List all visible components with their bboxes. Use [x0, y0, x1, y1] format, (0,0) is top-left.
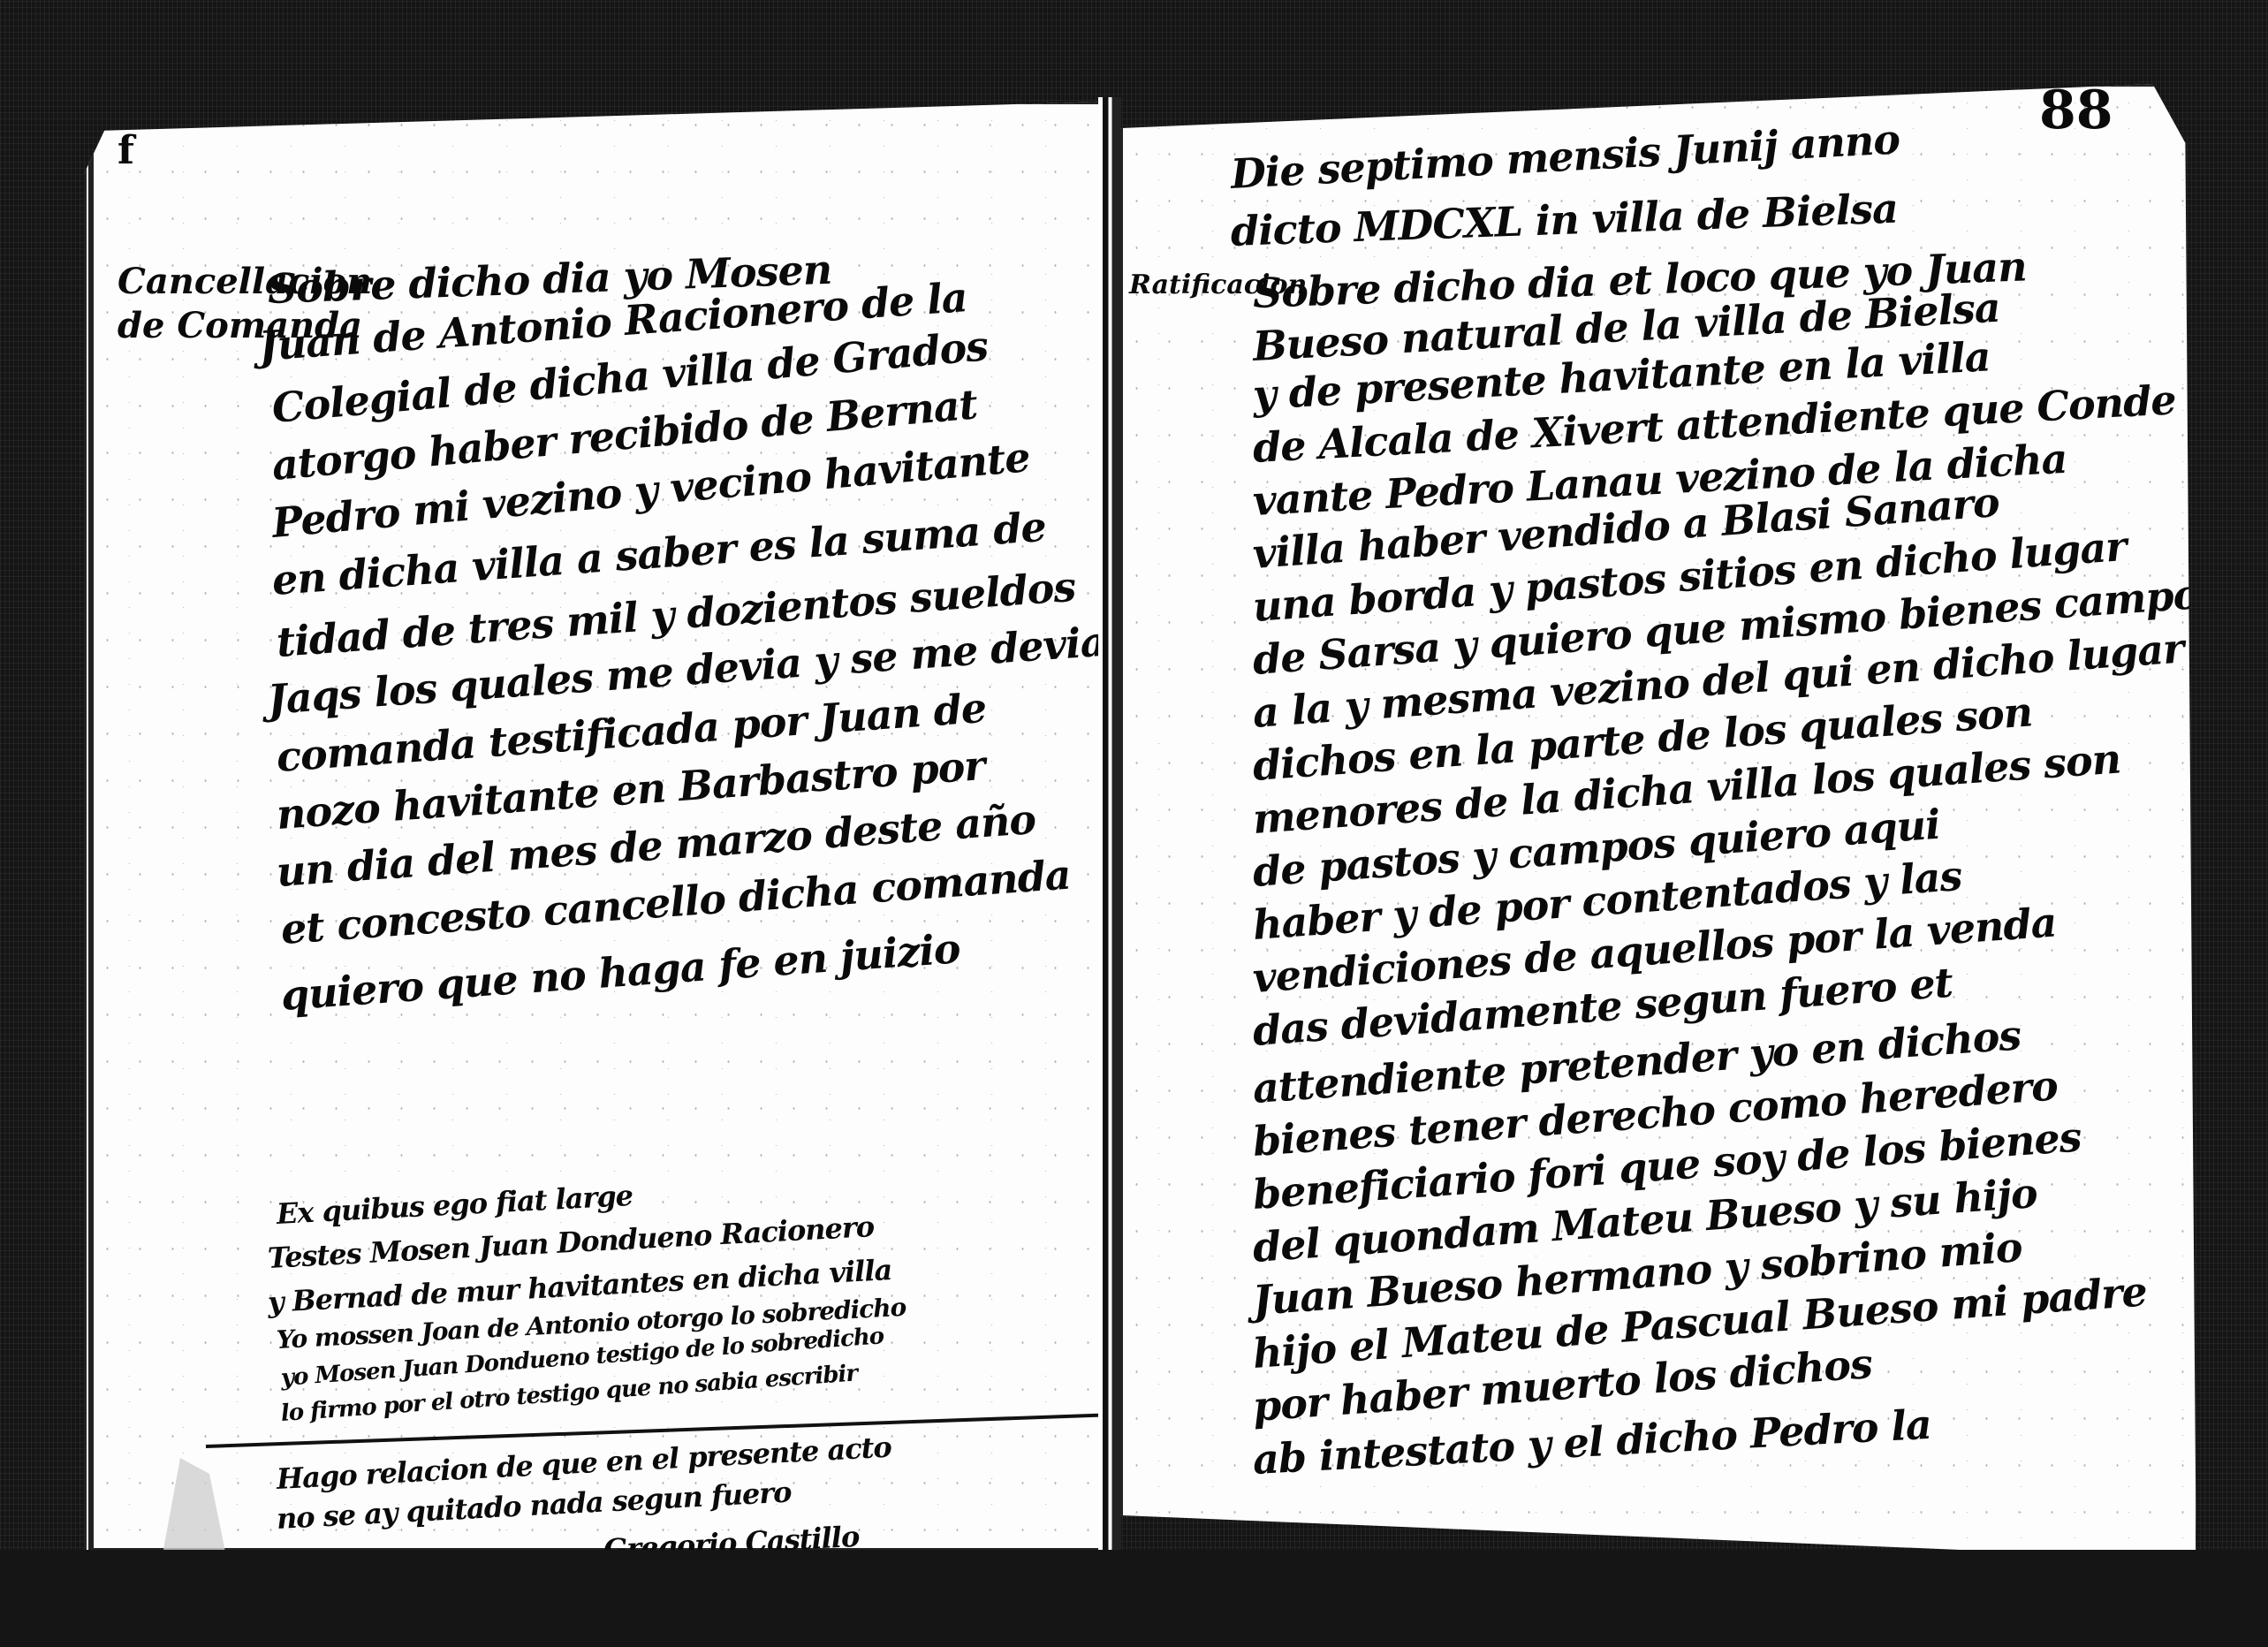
- witness-line: Ex quibus ego fiat large: [276, 1179, 633, 1231]
- folio-number: 88: [2039, 80, 2113, 141]
- left-page: f Cancellacion de Comanda Sobre dicho di…: [84, 102, 1107, 1551]
- heading-line: Die septimo mensis Junij anno: [1230, 115, 1901, 198]
- book-gutter: [1098, 97, 1121, 1599]
- right-page: 88 Die septimo mensis Junij anno dicto M…: [1120, 84, 2207, 1560]
- scan-bottom-edge: [0, 1550, 2268, 1647]
- heading-line: dicto MDCXL in villa de Bielsa: [1230, 185, 1899, 255]
- corner-mark: f: [118, 128, 134, 173]
